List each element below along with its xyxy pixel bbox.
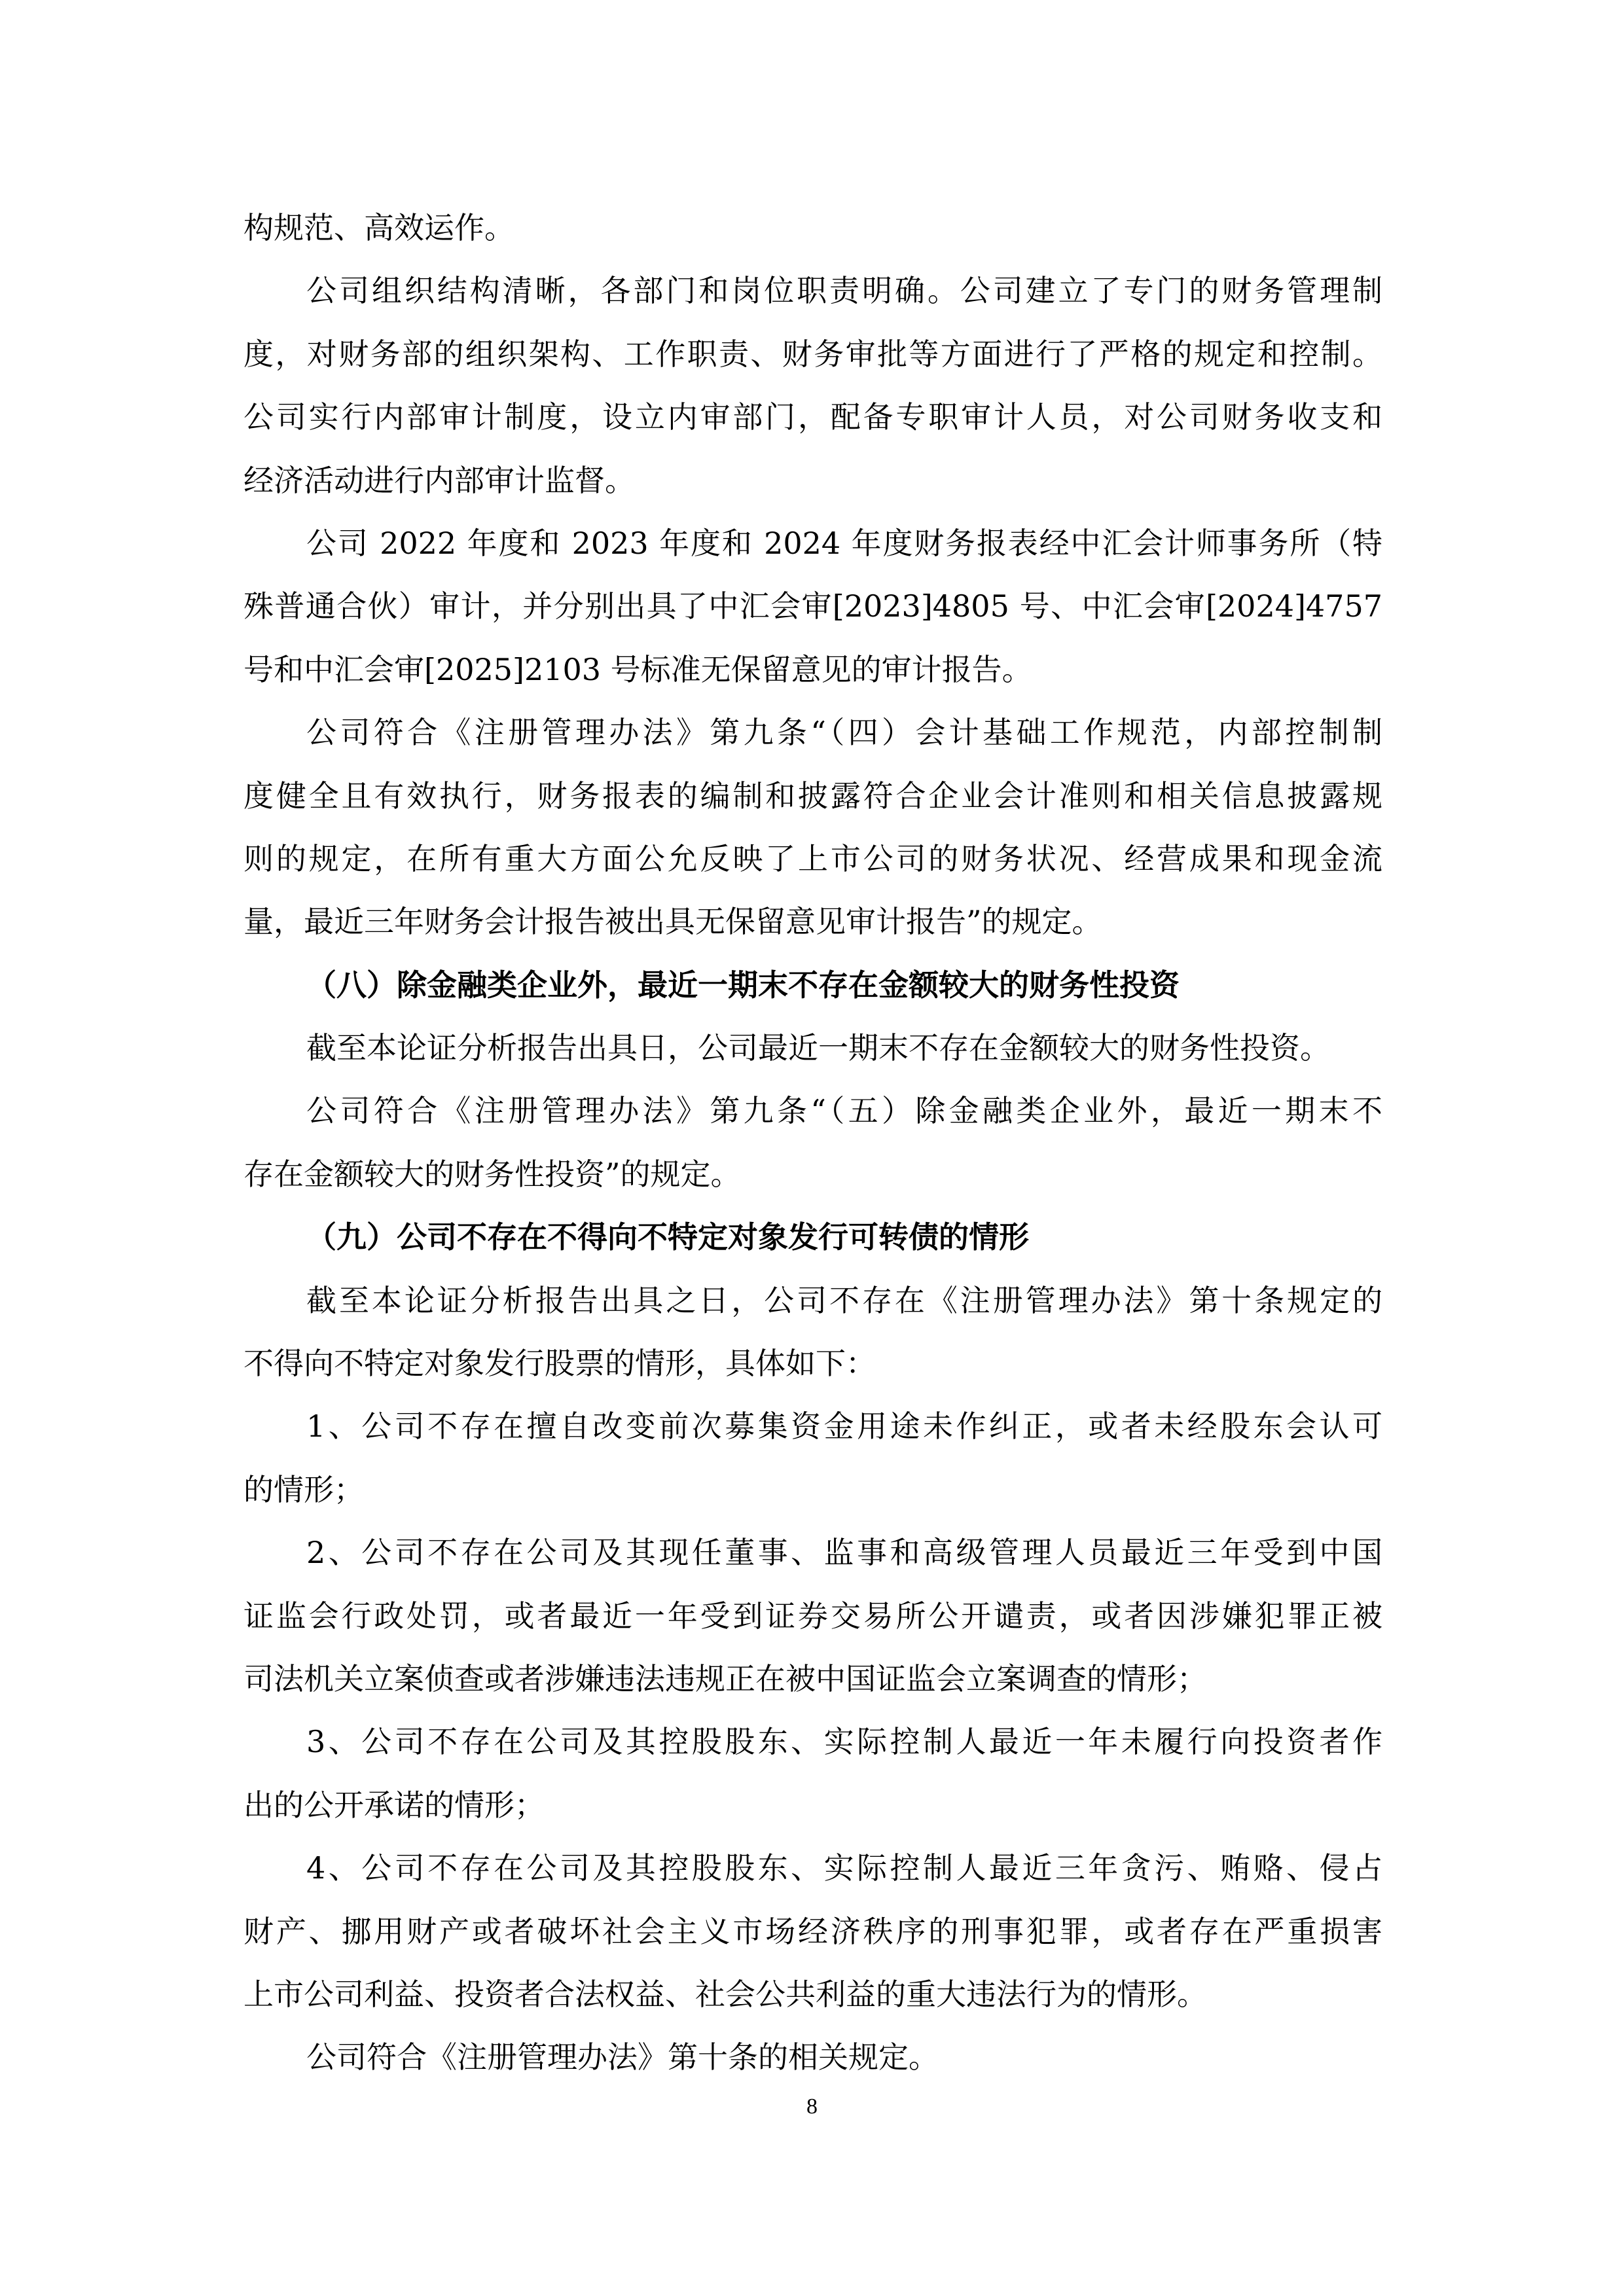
paragraph-line: 公司符合《注册管理办法》第九条“（五）除金融类企业外，最近一期末不	[244, 1079, 1382, 1142]
paragraph-line: 号和中汇会审[2025]2103 号标准无保留意见的审计报告。	[244, 638, 1382, 701]
paragraph-line: 公司实行内部审计制度，设立内审部门，配备专职审计人员，对公司财务收支和	[244, 386, 1382, 448]
paragraph-line: 公司组织结构清晰，各部门和岗位职责明确。公司建立了专门的财务管理制	[244, 259, 1382, 322]
paragraph-line: 公司符合《注册管理办法》第九条“（四）会计基础工作规范，内部控制制	[244, 701, 1382, 764]
paragraph-line: 存在金额较大的财务性投资”的规定。	[244, 1143, 1382, 1206]
list-item-line: 司法机关立案侦查或者涉嫌违法违规正在被中国证监会立案调查的情形；	[244, 1647, 1382, 1710]
list-item-line: 出的公开承诺的情形；	[244, 1774, 1382, 1837]
list-item-line: 3、公司不存在公司及其控股股东、实际控制人最近一年未履行向投资者作	[244, 1710, 1382, 1773]
list-item-line: 上市公司利益、投资者合法权益、社会公共利益的重大违法行为的情形。	[244, 1963, 1382, 2026]
paragraph-line: 量，最近三年财务会计报告被出具无保留意见审计报告”的规定。	[244, 890, 1382, 953]
list-item-line: 1、公司不存在擅自改变前次募集资金用途未作纠正，或者未经股东会认可	[244, 1395, 1382, 1458]
paragraph-line: 截至本论证分析报告出具日，公司最近一期末不存在金额较大的财务性投资。	[244, 1016, 1382, 1079]
list-item-line: 的情形；	[244, 1458, 1382, 1521]
page-number: 8	[0, 2094, 1624, 2119]
paragraph-line: 不得向不特定对象发行股票的情形，具体如下：	[244, 1332, 1382, 1395]
paragraph-line: 截至本论证分析报告出具之日，公司不存在《注册管理办法》第十条规定的	[244, 1269, 1382, 1332]
list-item-line: 财产、挪用财产或者破坏社会主义市场经济秩序的刑事犯罪，或者存在严重损害	[244, 1900, 1382, 1963]
paragraph-line: 度，对财务部的组织架构、工作职责、财务审批等方面进行了严格的规定和控制。	[244, 323, 1382, 386]
paragraph-line: 经济活动进行内部审计监督。	[244, 449, 1382, 512]
paragraph-line: 度健全且有效执行，财务报表的编制和披露符合企业会计准则和相关信息披露规	[244, 764, 1382, 827]
paragraph-line: 则的规定，在所有重大方面公允反映了上市公司的财务状况、经营成果和现金流	[244, 827, 1382, 890]
paragraph-line: 构规范、高效运作。	[244, 196, 1382, 259]
paragraph-line: 殊普通合伙）审计，并分别出具了中汇会审[2023]4805 号、中汇会审[202…	[244, 575, 1382, 637]
list-item-line: 证监会行政处罚，或者最近一年受到证券交易所公开谴责，或者因涉嫌犯罪正被	[244, 1585, 1382, 1647]
paragraph-line: 公司 2022 年度和 2023 年度和 2024 年度财务报表经中汇会计师事务…	[244, 512, 1382, 575]
paragraph-line: 公司符合《注册管理办法》第十条的相关规定。	[244, 2026, 1382, 2089]
document-page: 构规范、高效运作。 公司组织结构清晰，各部门和岗位职责明确。公司建立了专门的财务…	[244, 196, 1382, 2089]
section-heading: （九）公司不存在不得向不特定对象发行可转债的情形	[244, 1206, 1382, 1268]
list-item-line: 4、公司不存在公司及其控股股东、实际控制人最近三年贪污、贿赂、侵占	[244, 1837, 1382, 1899]
section-heading: （八）除金融类企业外，最近一期末不存在金额较大的财务性投资	[244, 954, 1382, 1016]
list-item-line: 2、公司不存在公司及其现任董事、监事和高级管理人员最近三年受到中国	[244, 1521, 1382, 1584]
